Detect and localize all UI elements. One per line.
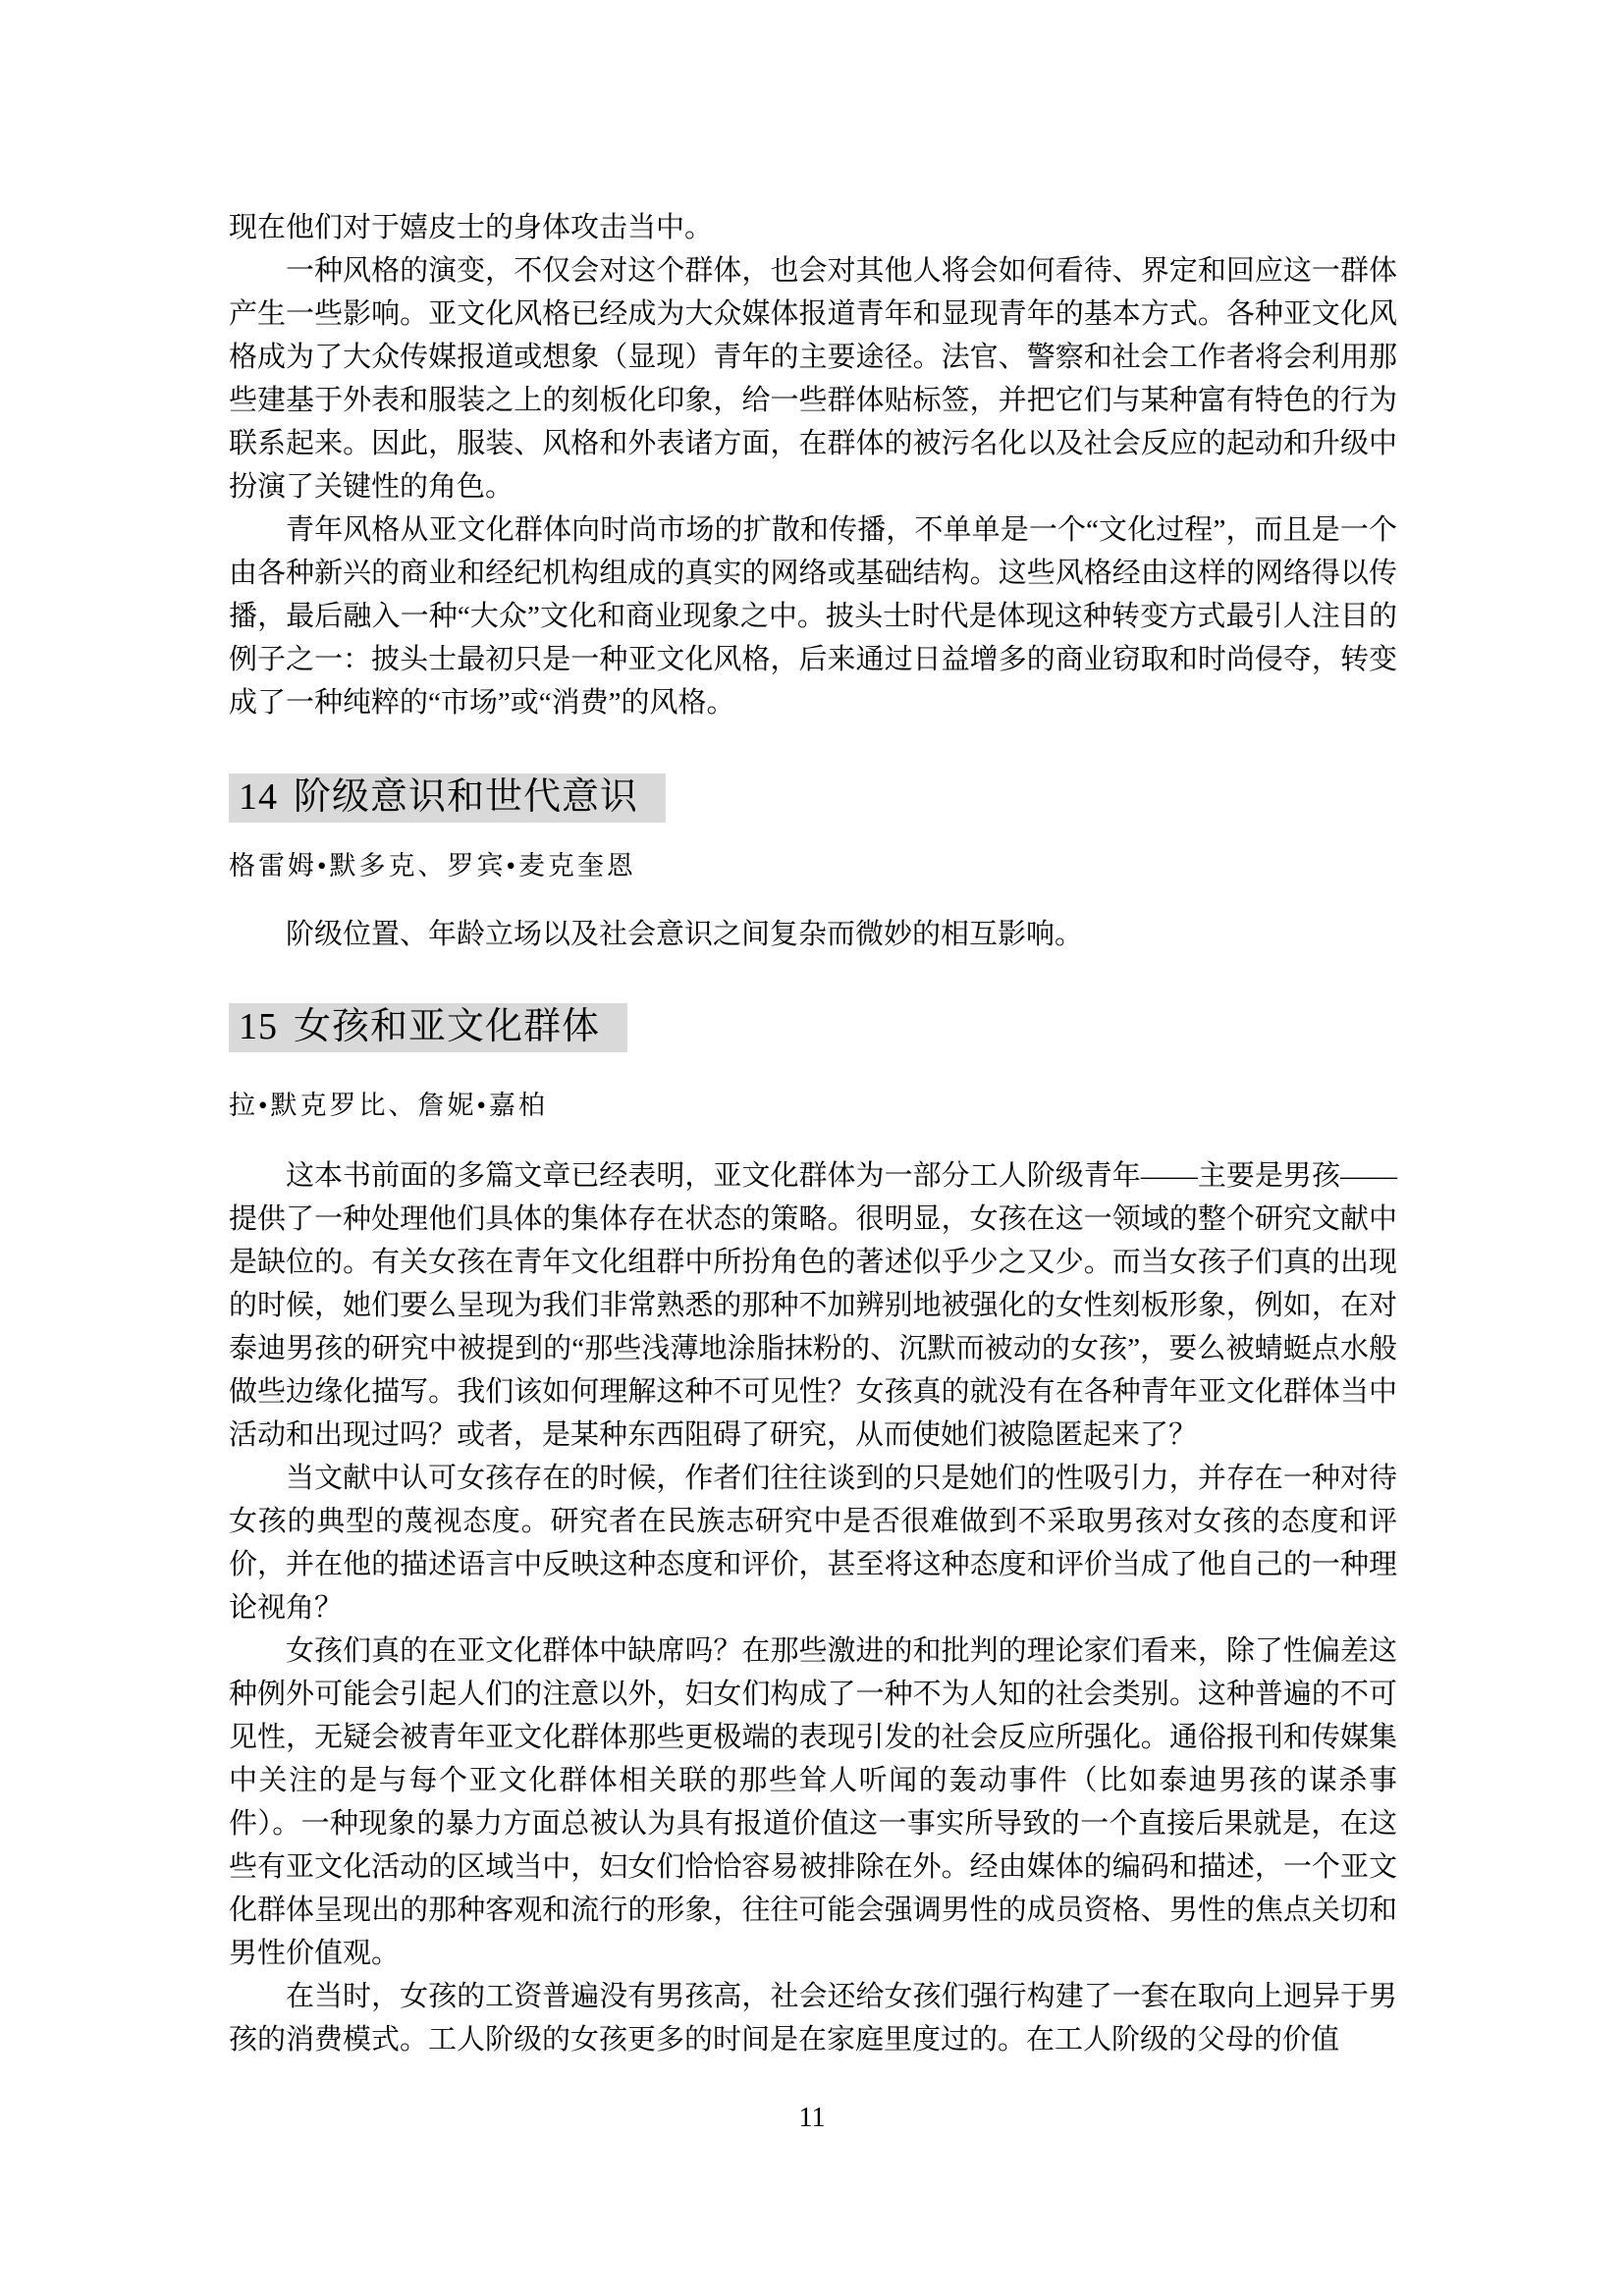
page-number: 11 [0,2103,1624,2134]
page-body: 现在他们对于嬉皮士的身体攻击当中。 一种风格的演变，不仅会对这个群体，也会对其他… [229,206,1397,2061]
section-15: 15女孩和亚文化群体 拉•默克罗比、詹妮•嘉柏 这本书前面的多篇文章已经表明，亚… [229,956,1397,2061]
section-14-authors: 格雷姆•默多克、罗宾•麦克奎恩 [229,846,1397,885]
section-14: 14阶级意识和世代意识 格雷姆•默多克、罗宾•麦克奎恩 阶级位置、年龄立场以及社… [229,724,1397,956]
paragraph: 一种风格的演变，不仅会对这个群体，也会对其他人将会如何看待、界定和回应这一群体产… [229,249,1397,508]
paragraph-continuation: 现在他们对于嬉皮士的身体攻击当中。 [229,206,1397,249]
section-14-title: 阶级意识和世代意识 [294,776,638,818]
section-14-abstract: 阶级位置、年龄立场以及社会意识之间复杂而微妙的相互影响。 [229,913,1397,956]
paragraph: 在当时，女孩的工资普遍没有男孩高，社会还给女孩们强行构建了一套在取向上迥异于男孩… [229,1975,1397,2061]
paragraph: 这本书前面的多篇文章已经表明，亚文化群体为一部分工人阶级青年——主要是男孩——提… [229,1154,1397,1457]
section-15-authors: 拉•默克罗比、詹妮•嘉柏 [229,1086,1397,1125]
section-14-heading: 14阶级意识和世代意识 [229,774,666,823]
paragraph: 女孩们真的在亚文化群体中缺席吗？在那些激进的和批判的理论家们看来，除了性偏差这种… [229,1629,1397,1975]
section-15-heading: 15女孩和亚文化群体 [229,1003,627,1052]
paragraph: 当文献中认可女孩存在的时候，作者们往往谈到的只是她们的性吸引力，并存在一种对待女… [229,1457,1397,1629]
section-15-number: 15 [239,1006,278,1047]
section-15-title: 女孩和亚文化群体 [294,1006,600,1047]
section-14-number: 14 [239,776,278,818]
document-page: 现在他们对于嬉皮士的身体攻击当中。 一种风格的演变，不仅会对这个群体，也会对其他… [0,0,1624,2296]
paragraph: 青年风格从亚文化群体向时尚市场的扩散和传播，不单单是一个“文化过程”，而且是一个… [229,508,1397,724]
